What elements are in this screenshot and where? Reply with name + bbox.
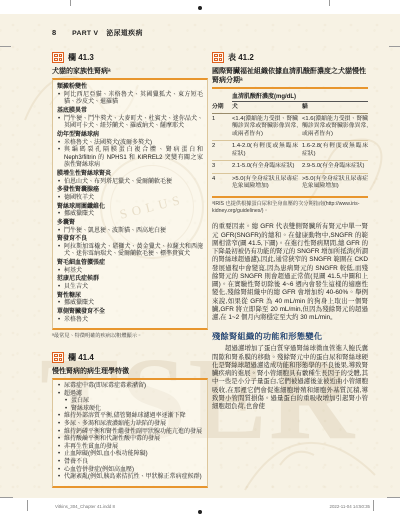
- crop-mark: [0, 497, 13, 498]
- footer-file-info: Vitkins_304_Chapter 41.indd 8: [55, 504, 115, 509]
- breed-list: 柯基犬: [57, 268, 203, 276]
- crop-mark: [0, 46, 11, 47]
- breed-list: 米格魯犬: [57, 317, 203, 325]
- table-41-2-footnote: ᵃIRIS 也提供根據蛋白尿和全身血壓的次分期指南(http://www.iri…: [212, 201, 368, 215]
- dog-cell: 2.1-5.0(有全身臨床症狀): [232, 163, 298, 171]
- part-title: 泌尿道疾病: [106, 27, 142, 37]
- breed-list: 挪威獵麋犬: [57, 211, 203, 219]
- stage-cell: 1: [212, 116, 228, 139]
- table-group-header-row: 血清肌酸酐濃度(mg/dL): [212, 91, 368, 102]
- body-paragraph-2: 超過濾增加了蛋白質穿過腎絲球微血管進入鮑氏囊間隙和腎系膜的移動。殘餘腎元中的蛋白…: [212, 345, 368, 411]
- table-row: 3 2.1-5.0(有全身臨床症狀) 2.9-5.0(有全身臨床症狀): [212, 161, 368, 174]
- box-41-4-title: 慢性腎病的病生理學特徵: [52, 367, 208, 376]
- box-icon: [52, 352, 64, 363]
- table-41-2-title: 國際腎臟福祉組織依據血清肌酸酐濃度之犬貓慢性腎病分期ᵃ: [212, 67, 368, 85]
- breed-list: 伯恩山犬、布列塔尼獵犬、愛爾蘭軟毛㹴: [57, 179, 203, 187]
- box-41-4-label: 欄 41.4: [52, 352, 208, 363]
- breed-list: 鬥牛㹴、鬥牛獒犬、大麥町犬、杜賓犬、迷你品犬、英國可卡犬、紐芬蘭犬、羅威納犬、薩…: [57, 116, 203, 131]
- breed-list: 鬥牛㹴、凱恩㹴、波斯貓、西高地白㹴: [57, 228, 203, 236]
- cat-cell: <1.6(濃縮能力受損、腎臟觸診異常或腎臟影像異常,或兩者皆有): [302, 116, 368, 139]
- dog-cell: 1.4-2.0(有輕度或無臨床症狀): [232, 143, 298, 158]
- box-41-3-label: 欄 41.3: [52, 52, 208, 63]
- breed-list: 與編碼裂孔隔膜蛋白複合體、腎病蛋白和 Neph3/filtrin 的 NPHS1…: [57, 147, 203, 170]
- box-41-4: 尿毒症中毒(即尿毒症毒素瀦留) 超過濾 蛋白尿 腎絲球硬化 維持外部溶質平衡,儘…: [52, 378, 208, 488]
- crop-mark: [329, 0, 330, 6]
- feature-item: 營養不良: [57, 459, 203, 467]
- disease-heading: 多囊腎: [57, 220, 203, 228]
- iris-staging-table: 血清肌酸酐濃度(mg/dL) 分期 犬 貓 1 <1.4(濃縮能力受損、腎臟觸診…: [212, 87, 368, 198]
- page-number: 8: [52, 28, 56, 37]
- box-41-3-footnote: ᵃ最常見、特徵明確的疾病以粗體顯示。: [52, 333, 208, 340]
- disease-heading: 范康尼氏症候群: [57, 276, 203, 284]
- breed-list: 米格魯犬、法國獒犬(波爾多獒犬): [57, 140, 203, 148]
- disease-heading: 多發性腎囊腺癌: [57, 187, 203, 195]
- box-41-3-number: 欄 41.3: [68, 52, 94, 63]
- box-41-3: 類澱粉變性 阿比西尼亞貓、米格魯犬、英國獵狐犬、東方短毛貓、沙皮犬、暹羅貓 基底…: [52, 78, 208, 330]
- disease-heading: 類澱粉變性: [57, 84, 203, 92]
- crop-mark: [27, 500, 28, 511]
- feature-item: 止血障礙(例如,血小板功能障礙): [57, 451, 203, 459]
- dog-cell: >5.0(有全身症狀且尿毒症危象風險增加): [232, 176, 298, 191]
- breed-list: 阿比西尼亞貓、米格魯犬、英國獵狐犬、東方短毛貓、沙皮犬、暹羅貓: [57, 92, 203, 107]
- registration-dot-bottom: [198, 510, 202, 514]
- box-icon: [212, 52, 224, 63]
- part-label: PART V: [72, 30, 98, 37]
- dog-cell: <1.4(濃縮能力受損、腎臟觸診異常或腎臟影像異常,或兩者皆有): [232, 116, 298, 139]
- stage-cell: 2: [212, 143, 228, 158]
- disease-heading: 腎毛細血管擴張症: [57, 260, 203, 268]
- box-41-3-title: 犬貓的家族性腎病ᵃ: [52, 67, 208, 76]
- box-41-4-number: 欄 41.4: [68, 352, 94, 363]
- disease-heading: 單側腎臟發育不全: [57, 309, 203, 317]
- footer-timestamp: 2022-11-04 14:50:35: [330, 504, 370, 509]
- body-paragraph-1: 的重要因素。總 GFR 代表雙側腎臟所有腎元中單一腎元 GFR(SNGFR)的總…: [212, 223, 368, 322]
- crop-mark: [373, 500, 374, 511]
- feature-item: 尿毒症中毒(即尿毒症毒素瀦留): [57, 383, 203, 391]
- table-41-2-label: 表 41.2: [212, 52, 368, 63]
- breed-list: 阿拉斯加雪橇犬、鬆獅犬、黃金獵犬、拉薩犬和西施犬、迷你雪納瑞犬、愛爾蘭軟毛㹴、標…: [57, 244, 203, 259]
- feature-item: 維持外部溶質平衡,儘管腎絲球濾過率逐漸下降: [57, 413, 203, 421]
- table-41-2-number: 表 41.2: [228, 52, 254, 63]
- feature-item: 多尿、多渴和尿液濃縮能力缺陷的發展: [57, 421, 203, 429]
- column-header-cat: 貓: [302, 104, 368, 112]
- breed-list: 德國牧羊犬: [57, 195, 203, 203]
- disease-heading: 幼年型腎絲球病: [57, 132, 203, 140]
- registration-dot-top: [198, 6, 202, 10]
- feature-item: 維持酸鹼平衡和代謝性酸中毒的發展: [57, 436, 203, 444]
- table-row: 1 <1.4(濃縮能力受損、腎臟觸診異常或腎臟影像異常,或兩者皆有) <1.6(…: [212, 114, 368, 142]
- column-header-dog: 犬: [232, 104, 298, 112]
- table-row: 4 >5.0(有全身症狀且尿毒症危象風險增加) >5.0(有全身症狀且尿毒症危象…: [212, 174, 368, 193]
- cat-cell: 2.9-5.0(有全身臨床症狀): [302, 163, 368, 171]
- disease-heading: 腎發育不良: [57, 236, 203, 244]
- box-icon: [52, 52, 64, 63]
- crop-mark: [70, 0, 71, 6]
- cat-cell: 1.6-2.8(有輕度或無臨床症狀): [302, 143, 368, 158]
- breed-list: 挪威獵麋犬: [57, 300, 203, 308]
- stage-cell: 3: [212, 163, 228, 171]
- cat-cell: >5.0(有全身症狀且尿毒症危象風險增加): [302, 176, 368, 191]
- right-column: 表 41.2 國際腎臟福祉組織依據血清肌酸酐濃度之犬貓慢性腎病分期ᵃ 血清肌酸酐…: [212, 52, 368, 411]
- column-header-stage: 分期: [212, 104, 228, 112]
- disease-heading: 基底膜異常: [57, 108, 203, 116]
- feature-subitem: 蛋白尿: [64, 398, 203, 406]
- disease-heading: 膜增生性腎絲球腎炎: [57, 171, 203, 179]
- left-column: 欄 41.3 犬貓的家族性腎病ᵃ 類澱粉變性 阿比西尼亞貓、米格魯犬、英國獵狐犬…: [52, 52, 208, 488]
- table-header-row: 分期 犬 貓: [212, 102, 368, 114]
- running-head: 8 PART V 泌尿道疾病: [52, 27, 143, 37]
- stage-cell: 4: [212, 176, 228, 191]
- creatinine-group-header: 血清肌酸酐濃度(mg/dL): [232, 91, 368, 102]
- breed-list: 貝生吉犬: [57, 284, 203, 292]
- feature-item: 代謝紊亂(例如,胰島素拮抗性、甲狀腺正常病症候群): [57, 474, 203, 482]
- table-row: 2 1.4-2.0(有輕度或無臨床症狀) 1.6-2.8(有輕度或無臨床症狀): [212, 141, 368, 161]
- crop-mark: [387, 497, 400, 498]
- section-heading: 殘餘腎組織的功能和形態變化: [212, 331, 368, 342]
- crop-mark: [389, 46, 400, 47]
